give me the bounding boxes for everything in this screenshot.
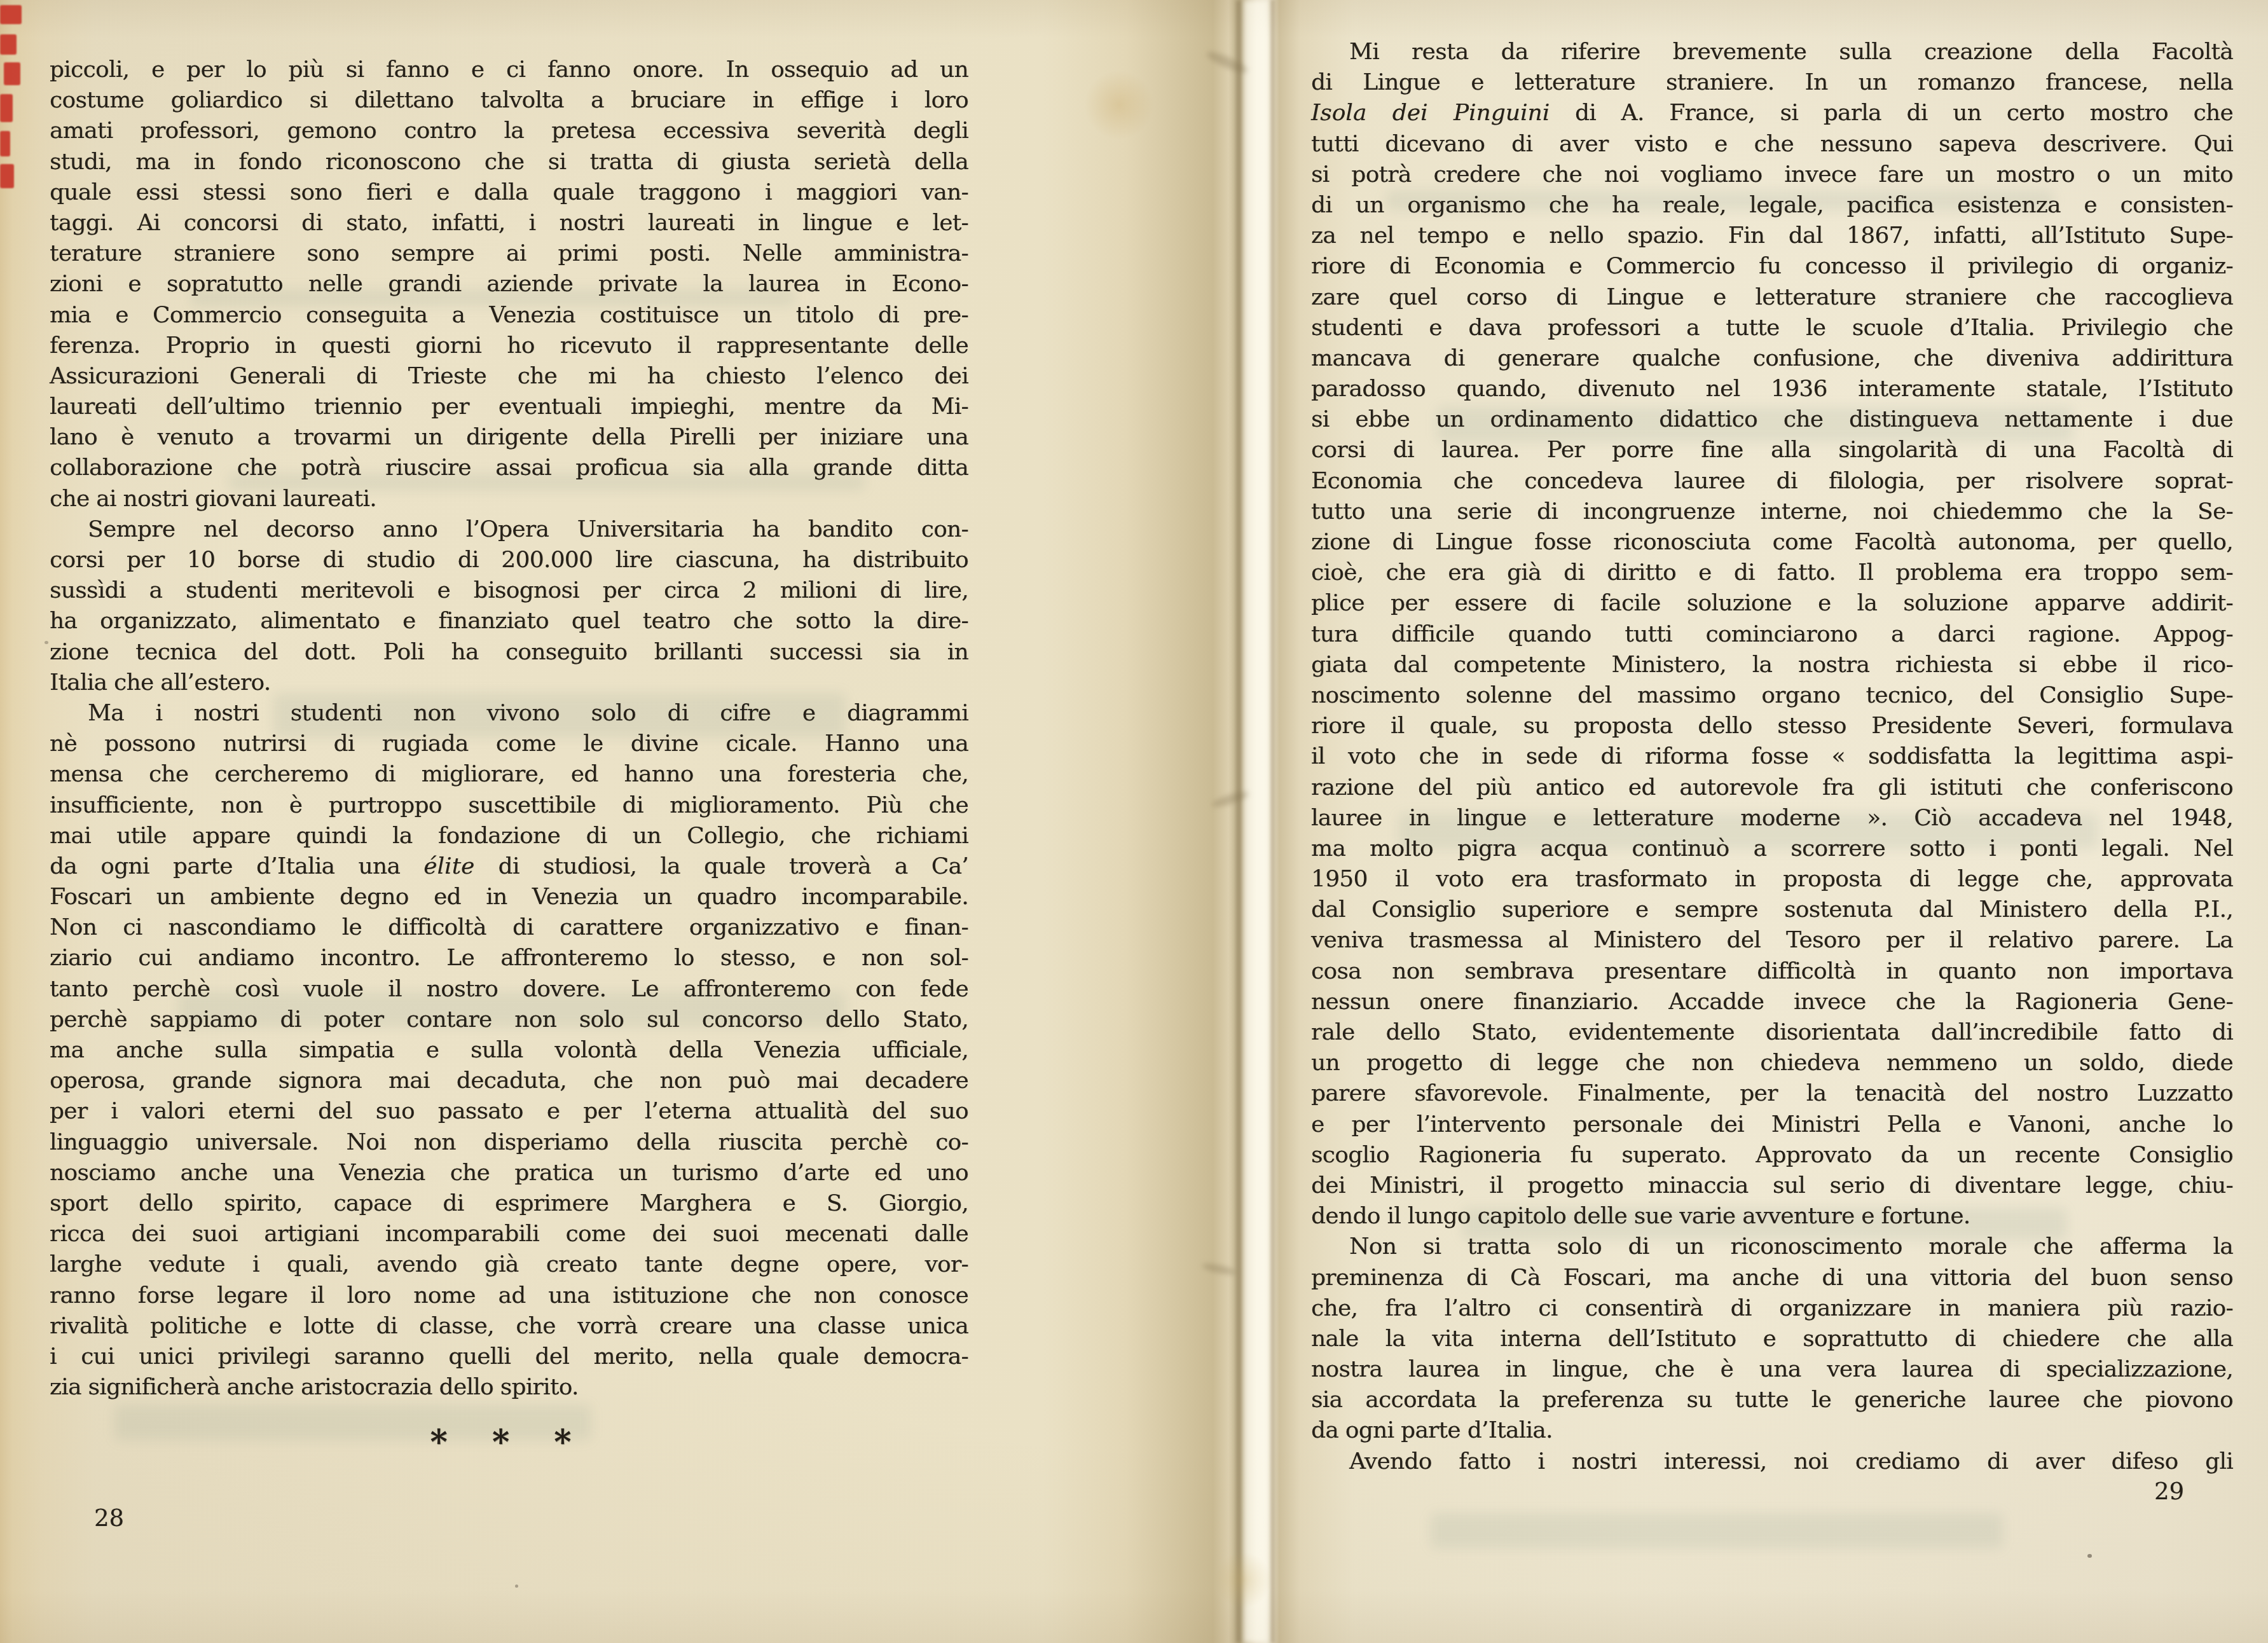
paragraph: Sempre nel decorso anno l’Opera Universi… [50,514,968,698]
text-line: zia significherà anche aristocrazia dell… [50,1372,968,1403]
text-line: cosa non sembrava presentare difficoltà … [1311,956,2233,987]
paper-stain [1084,70,1154,140]
text-line: giata dal competente Ministero, la nostr… [1311,650,2233,680]
text-line: ricca dei suoi artigiani incomparabili c… [50,1219,968,1249]
red-edge-mark [0,94,13,122]
gutter-highlight [1244,0,1268,1643]
text-line: taggi. Ai concorsi di stato, infatti, i … [50,208,968,238]
text-line: nale la vita interna dell’Istituto e sop… [1311,1324,2233,1354]
text-line: Isola dei Pinguini di A. France, si parl… [1311,98,2233,128]
left-page-number: 28 [94,1504,124,1532]
dirt-speck [2087,1554,2092,1558]
red-edge-mark [0,131,10,156]
text-line: nosciamo anche una Venezia che pratica u… [50,1158,968,1188]
text-line: veniva trasmessa al Ministero del Tesoro… [1311,925,2233,956]
text-line: lauree in lingue e letterature moderne »… [1311,803,2233,834]
text-line: mia e Commercio conseguita a Venezia cos… [50,300,968,331]
text-line: nessun onere finanziario. Accadde invece… [1311,987,2233,1017]
text-line: corsi per 10 borse di studio di 200.000 … [50,545,968,575]
text-line: laureati dell’ultimo triennio per eventu… [50,392,968,422]
text-line: che ai nostri giovani laureati. [50,484,968,514]
text-line: per i valori eterni del suo passato e pe… [50,1096,968,1127]
section-separator: * * * [50,1423,968,1462]
gutter-crease-line [1271,0,1274,1643]
text-line: sport dello spirito, capace di esprimere… [50,1188,968,1219]
text-line: costume goliardico si dilettano talvolta… [50,85,968,116]
text-line: dei Ministri, il progetto minaccia sul s… [1311,1171,2233,1201]
text-line: razione del più antico ed autorevole fra… [1311,773,2233,803]
show-through [1431,1513,2003,1548]
text-line: rivalità politiche e lotte di classe, ch… [50,1311,968,1342]
text-line: si potrà credere che noi vogliamo invece… [1311,160,2233,190]
left-page-text-column: piccoli, e per lo più si fanno e ci fann… [50,55,968,1403]
text-line: parere sfavorevole. Finalmente, per la t… [1311,1078,2233,1109]
text-line: sussìdi a studenti meritevoli e bisognos… [50,575,968,606]
text-line: Avendo fatto i nostri interessi, noi cre… [1311,1447,2233,1477]
text-line: noscimento solenne del massimo organo te… [1311,680,2233,711]
text-line: il voto che in sede di riforma fosse « s… [1311,741,2233,772]
gutter-crease-line [1236,0,1241,1643]
text-line: mai utile appare quindi la fondazione di… [50,821,968,851]
text-line: ha organizzato, alimentato e finanziato … [50,606,968,636]
text-line: Assicurazioni Generali di Trieste che mi… [50,361,968,392]
text-line: Non si tratta solo di un riconoscimento … [1311,1232,2233,1262]
text-line: quale essi stessi sono fieri e dalla qua… [50,177,968,208]
red-edge-mark [0,164,14,188]
text-line: nostra laurea in lingue, che è una vera … [1311,1354,2233,1385]
text-line: zare quel corso di Lingue e letterature … [1311,282,2233,313]
text-line: zioni e sopratutto nelle grandi aziende … [50,269,968,299]
text-line: di un organismo che ha reale, legale, pa… [1311,190,2233,221]
paragraph: Non si tratta solo di un riconoscimento … [1311,1232,2233,1446]
text-line: 1950 il voto era trasformato in proposta… [1311,864,2233,895]
text-line: Ma i nostri studenti non vivono solo di … [50,698,968,729]
text-line: Mi resta da riferire brevemente sulla cr… [1311,37,2233,67]
text-line: lano è venuto a trovarmi un dirigente de… [50,422,968,453]
text-line: piccoli, e per lo più si fanno e ci fann… [50,55,968,85]
text-line: i cui unici privilegi saranno quelli del… [50,1342,968,1372]
dirt-speck [515,1585,518,1588]
text-line: larghe vedute i quali, avendo già creato… [50,1249,968,1280]
text-line: Sempre nel decorso anno l’Opera Universi… [50,514,968,545]
text-line: preminenza di Cà Foscari, ma anche di un… [1311,1263,2233,1293]
text-line: ferenza. Proprio in questi giorni ho ric… [50,331,968,361]
text-line: si ebbe un ordinamento didattico che dis… [1311,404,2233,435]
text-line: da ogni parte d’Italia. [1311,1415,2233,1446]
text-line: tutto una serie di incongruenze interne,… [1311,497,2233,527]
text-line: scoglio Ragioneria fu superato. Approvat… [1311,1140,2233,1171]
text-line: di Lingue e letterature straniere. In un… [1311,67,2233,98]
text-line: che, fra l’altro ci consentirà di organi… [1311,1293,2233,1324]
dirt-speck [45,641,48,644]
text-line: dal Consiglio superiore e sempre sostenu… [1311,895,2233,925]
text-line: sia accordata la preferenza su tutte le … [1311,1385,2233,1415]
text-line: zione tecnica del dott. Poli ha consegui… [50,637,968,668]
text-line: riore il quale, su proposta dello stesso… [1311,711,2233,741]
text-line: paradosso quando, divenuto nel 1936 inte… [1311,374,2233,404]
text-line: rale dello Stato, evidentemente disorien… [1311,1017,2233,1048]
text-line: studenti e dava professori a tutte le sc… [1311,313,2233,343]
paragraph: Ma i nostri studenti non vivono solo di … [50,698,968,1403]
text-line: un progetto di legge che non chiedeva ne… [1311,1048,2233,1078]
text-line: dendo il lungo capitolo delle sue varie … [1311,1201,2233,1232]
text-line: Foscari un ambiente degno ed in Venezia … [50,882,968,912]
text-line: ma anche sulla simpatia e sulla volontà … [50,1035,968,1066]
text-line: perchè sappiamo di poter contare non sol… [50,1005,968,1035]
text-line: tanto perchè così vuole il nostro dovere… [50,974,968,1005]
text-line: nè possono nutrirsi di rugiada come le d… [50,729,968,759]
text-line: ranno forse legare il loro nome ad una i… [50,1281,968,1311]
text-line: za nel tempo e nello spazio. Fin dal 186… [1311,221,2233,251]
text-line: amati professori, gemono contro la prete… [50,116,968,146]
text-line: terature straniere sono sempre ai primi … [50,238,968,269]
text-line: studi, ma in fondo riconoscono che si tr… [50,147,968,177]
text-line: operosa, grande signora mai decaduta, ch… [50,1066,968,1096]
text-line: collaborazione che potrà riuscire assai … [50,453,968,483]
text-line: riore di Economia e Commercio fu concess… [1311,251,2233,282]
text-line: zione di Lingue fosse riconosciuta come … [1311,527,2233,558]
paper-crinkle [1201,1261,1237,1276]
paragraph: Avendo fatto i nostri interessi, noi cre… [1311,1447,2233,1477]
red-edge-mark [0,34,17,55]
text-line: tutti dicevano di aver visto e che nessu… [1311,129,2233,160]
paper-crinkle [1205,48,1249,76]
text-line: e per l’intervento personale dei Ministr… [1311,1110,2233,1140]
text-line: plice per essere di facile soluzione e l… [1311,588,2233,619]
text-line: insufficiente, non è purtroppo suscettib… [50,790,968,821]
paragraph: Mi resta da riferire brevemente sulla cr… [1311,37,2233,1232]
paragraph: piccoli, e per lo più si fanno e ci fann… [50,55,968,514]
paper-stain [1214,1551,1272,1609]
text-line: mensa che cercheremo di migliorare, ed h… [50,759,968,790]
text-line: ma molto pigra acqua continuò a scorrere… [1311,834,2233,864]
text-line: Non ci nascondiamo le difficoltà di cara… [50,912,968,943]
text-line: ziario cui andiamo incontro. Le affronte… [50,943,968,973]
text-line: corsi di laurea. Per porre fine alla sin… [1311,435,2233,465]
red-edge-mark [0,5,22,24]
right-page-number: 29 [2154,1478,2184,1505]
book-scan: piccoli, e per lo più si fanno e ci fann… [0,0,2268,1643]
text-line: Italia che all’estero. [50,668,968,698]
text-line: Economia che concedeva lauree di filolog… [1311,466,2233,497]
text-line: cioè, che era già di diritto e di fatto.… [1311,558,2233,588]
text-line: tura difficile quando tutti cominciarono… [1311,619,2233,650]
text-line: da ogni parte d’Italia una élite di stud… [50,851,968,882]
red-edge-mark [4,62,20,85]
text-line: linguaggio universale. Noi non disperiam… [50,1127,968,1158]
text-line: mancava di generare qualche confusione, … [1311,343,2233,374]
right-page-text-column: Mi resta da riferire brevemente sulla cr… [1311,37,2233,1477]
